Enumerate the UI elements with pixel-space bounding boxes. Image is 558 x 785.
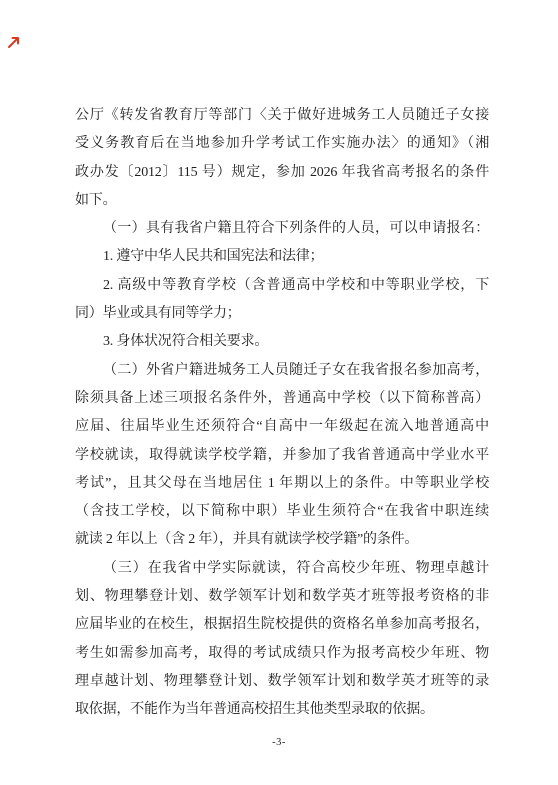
text-line: 同）毕业或具有同等学力； [75, 300, 489, 328]
annotation-arrow-icon [6, 34, 22, 50]
text-line: 除须具备上述三项报名条件外，普通高中学校（以下简称普高） [75, 385, 489, 413]
document-body: 公厅《转发省教育厅等部门〈关于做好进城务工人员随迁子女接 受义务教育后在当地参加… [75, 102, 489, 725]
text-line: （含技工学校，以下简称中职）毕业生须符合“在我省中职连续 [75, 498, 489, 526]
text-line: 2. 高级中等教育学校（含普通高中学校和中等职业学校，下 [75, 272, 489, 300]
document-page: 公厅《转发省教育厅等部门〈关于做好进城务工人员随迁子女接 受义务教育后在当地参加… [0, 0, 558, 785]
text-line: 如下。 [75, 187, 489, 215]
text-line: （二）外省户籍进城务工人员随迁子女在我省报名参加高考， [75, 357, 489, 385]
text-line: 考生如需参加高考，取得的考试成绩只作为报考高校少年班、物 [75, 640, 489, 668]
text-line: 应届毕业的在校生，根据招生院校提供的资格名单参加高考报名， [75, 611, 489, 639]
text-line: 应届、往届毕业生还须符合“自高中一年级起在流入地普通高中 [75, 413, 489, 441]
text-line: （三）在我省中学实际就读，符合高校少年班、物理卓越计 [75, 555, 489, 583]
text-line: 考试”，且其父母在当地居住 1 年期以上的条件。中等职业学校 [75, 470, 489, 498]
text-line: 公厅《转发省教育厅等部门〈关于做好进城务工人员随迁子女接 [75, 102, 489, 130]
text-line: 1. 遵守中华人民共和国宪法和法律； [75, 243, 489, 271]
text-line: 就读 2 年以上（含 2 年），并具有就读学校学籍”的条件。 [75, 526, 489, 554]
text-line: 政办发〔2012〕115 号）规定，参加 2026 年我省高考报名的条件 [75, 159, 489, 187]
text-line: 3. 身体状况符合相关要求。 [75, 328, 489, 356]
page-number: -3- [0, 735, 558, 751]
text-line: 划、物理攀登计划、数学领军计划和数学英才班等报考资格的非 [75, 583, 489, 611]
text-line: 学校就读，取得就读学校学籍，并参加了我省普通高中学业水平 [75, 442, 489, 470]
text-line: 取依据，不能作为当年普通高校招生其他类型录取的依据。 [75, 696, 489, 724]
text-line: 受义务教育后在当地参加升学考试工作实施办法〉的通知》（湘 [75, 130, 489, 158]
text-line: 理卓越计划、物理攀登计划、数学领军计划和数学英才班等的录 [75, 668, 489, 696]
text-line: （一）具有我省户籍且符合下列条件的人员，可以申请报名： [75, 215, 489, 243]
